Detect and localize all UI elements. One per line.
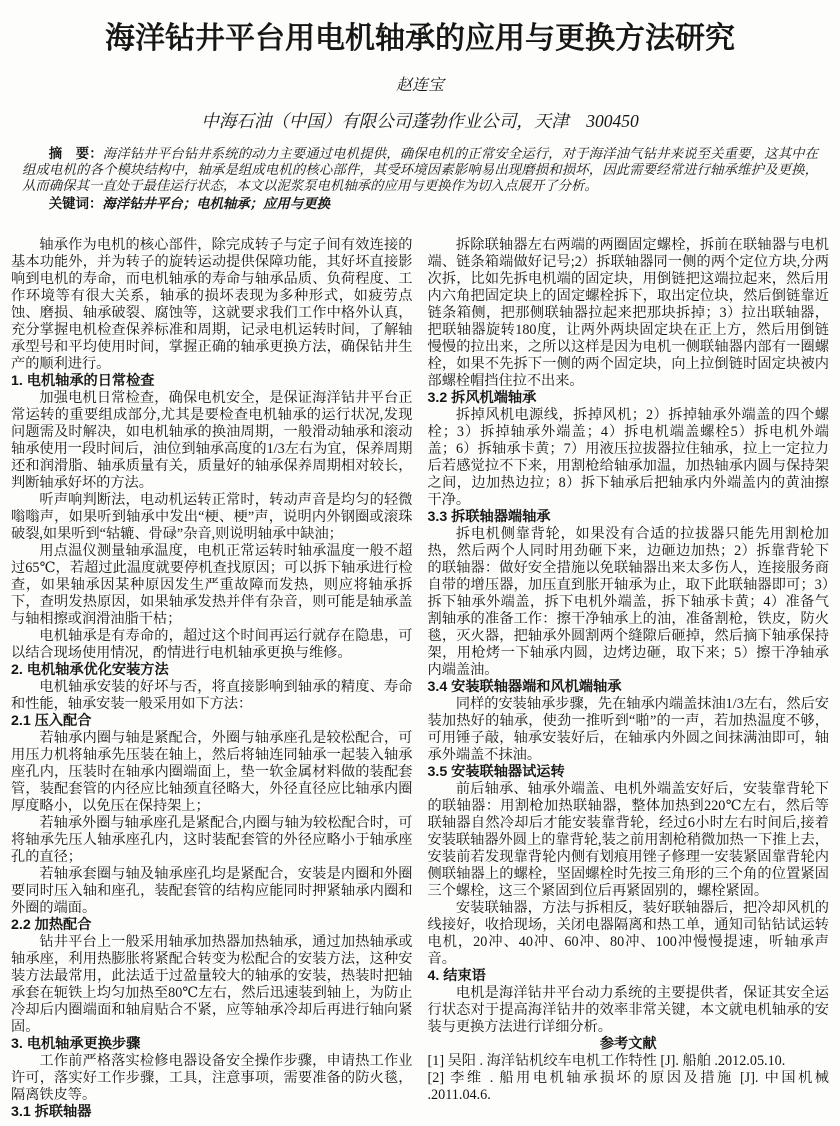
paragraph: 电机是海洋钻井平台动力系统的主要提供者，保证其安全运行状态对于提高海洋钻井的效率…	[428, 985, 830, 1036]
body-columns: 轴承作为电机的核心部件，除完成转子与定子间有效连接的基本功能外，并为转子的旋转运…	[0, 237, 840, 1121]
section-heading: 1. 电机轴承的日常检查	[11, 373, 413, 390]
section-heading: 2. 电机轴承优化安装方法	[11, 662, 413, 679]
reference-item: [2] 李维 . 船用电机轴承损坏的原因及措施 [J]. 中国机械 .2011.…	[428, 1070, 830, 1104]
paragraph: 安装联轴器，方法与拆相反，装好联轴器后，把冷却风机的线接好，收拾现场，关闭电器隔…	[428, 900, 830, 968]
abstract: 摘 要：海洋钻井平台钻井系统的动力主要通过电机提供，确保电机的正常安全运行，对于…	[22, 146, 818, 195]
section-heading: 3.4 安装联轴器端和风机端轴承	[428, 679, 830, 696]
paragraph: 钻井平台上一般采用轴承加热器加热轴承，通过加热轴承或轴承座，利用热膨胀将紧配合转…	[11, 934, 413, 1036]
paragraph: 同样的安装轴承步骤，先在轴承内端盖抹油1/3左右，然后安装加热好的轴承，使劲一推…	[428, 696, 830, 764]
right-column: 拆除联轴器左右两端的两圈固定螺栓，拆前在联轴器与电机端、链条箱端做好记号;2）拆…	[428, 237, 830, 1121]
paragraph: 拆掉风机电源线，拆掉风机；2）拆掉轴承外端盖的四个螺栓；3）拆掉轴承外端盖；4）…	[428, 407, 830, 509]
section-heading: 3.5 安装联轴器试运转	[428, 764, 830, 781]
author-name: 赵连宝	[0, 72, 840, 95]
keywords-text: 海洋钻井平台；电机轴承；应用与更换	[102, 196, 330, 211]
abstract-text: 海洋钻井平台钻井系统的动力主要通过电机提供，确保电机的正常安全运行，对于海洋油气…	[22, 146, 818, 193]
paragraph: 拆除联轴器左右两端的两圈固定螺栓，拆前在联轴器与电机端、链条箱端做好记号;2）拆…	[428, 237, 830, 390]
paragraph: 拆电机侧靠背轮，如果没有合适的拉拔器只能先用割枪加热，然后两个人同时用劲砸下来，…	[428, 526, 830, 679]
abstract-label: 摘 要：	[49, 146, 103, 161]
paragraph: 轴承作为电机的核心部件，除完成转子与定子间有效连接的基本功能外，并为转子的旋转运…	[11, 237, 413, 373]
document-page: 海洋钻井平台用电机轴承的应用与更换方法研究 赵连宝 中海石油（中国）有限公司蓬勃…	[0, 0, 840, 1126]
paragraph: 电机轴承安装的好坏与否，将直接影响到轴承的精度、寿命和性能，轴承安装一般采用如下…	[11, 679, 413, 713]
section-heading: 3.3 拆联轴器端轴承	[428, 509, 830, 526]
paragraph: 若轴承内圈与轴是紧配合，外圈与轴承座孔是较松配合，可用压力机将轴承先压装在轴上，…	[11, 730, 413, 815]
section-heading: 3. 电机轴承更换步骤	[11, 1036, 413, 1053]
paragraph: 若轴承外圈与轴承座孔是紧配合,内圈与轴为较松配合时，可将轴承先压人轴承座孔内，这…	[11, 815, 413, 866]
paragraph: 前后轴承、轴承外端盖、电机外端盖安好后，安装靠背轮下的联轴器：用割枪加热联轴器，…	[428, 781, 830, 900]
reference-item: [1] 吴阳 . 海洋钻机绞车电机工作特性 [J]. 船舶 .2012.05.1…	[428, 1053, 830, 1070]
paragraph: 若轴承套圈与轴及轴承座孔均是紧配合，安装是内圈和外圈要同时压入轴和座孔，装配套管…	[11, 866, 413, 917]
section-heading: 2.1 压入配合	[11, 713, 413, 730]
paragraph: 用点温仪测量轴承温度，电机正常运转时轴承温度一般不超过65℃，若超过此温度就要停…	[11, 543, 413, 628]
section-heading: 2.2 加热配合	[11, 917, 413, 934]
keywords-label: 关键词：	[49, 196, 103, 211]
paper-title: 海洋钻井平台用电机轴承的应用与更换方法研究	[0, 13, 840, 57]
section-heading: 3.1 拆联轴器	[11, 1104, 413, 1121]
author-affiliation: 中海石油（中国）有限公司蓬勃作业公司，天津 300450	[0, 108, 840, 133]
left-column: 轴承作为电机的核心部件，除完成转子与定子间有效连接的基本功能外，并为转子的旋转运…	[11, 237, 413, 1121]
references-heading: 参考文献	[428, 1036, 830, 1053]
paragraph: 工作前严格落实检修电器设备安全操作步骤，申请热工作业许可，落实好工作步骤，工具，…	[11, 1053, 413, 1104]
paragraph: 电机轴承是有寿命的，超过这个时间再运行就存在隐患，可以结合现场使用情况，酌情进行…	[11, 628, 413, 662]
section-heading: 4. 结束语	[428, 968, 830, 985]
keywords: 关键词：海洋钻井平台；电机轴承；应用与更换	[22, 196, 818, 212]
section-heading: 3.2 拆风机端轴承	[428, 390, 830, 407]
paragraph: 听声响判断法，电动机运转正常时，转动声音是均匀的轻微嗡嗡声，如果听到轴承中发出“…	[11, 492, 413, 543]
paragraph: 加强电机日常检查，确保电机安全，是保证海洋钻井平台正常运转的重要组成部分,尤其是…	[11, 390, 413, 492]
